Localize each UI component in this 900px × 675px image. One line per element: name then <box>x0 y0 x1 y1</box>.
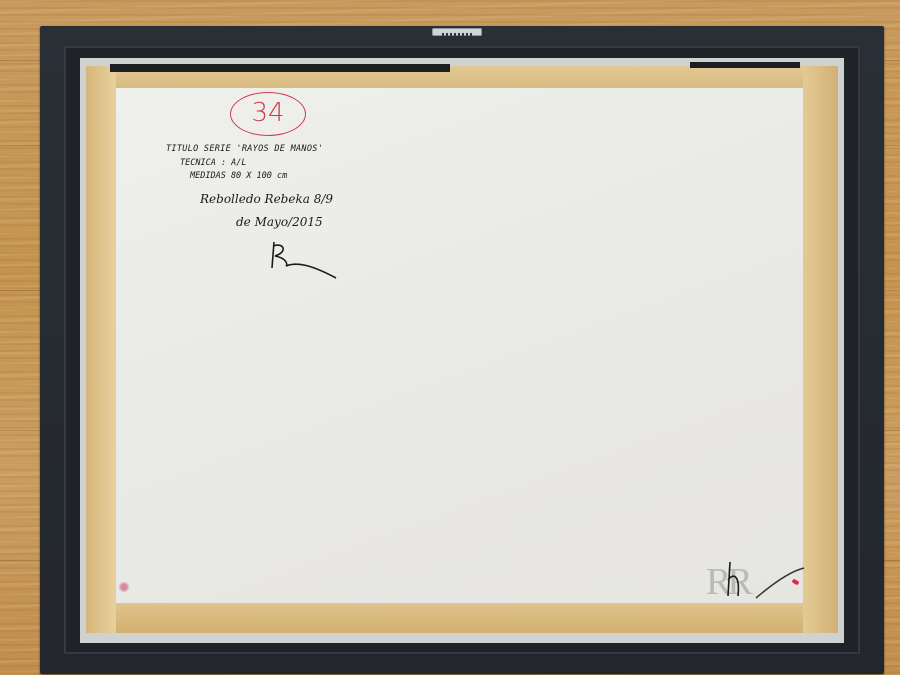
inscription-artist: Rebolledo Rebeka 8/9 <box>200 192 333 206</box>
inscription-date: de Mayo/2015 <box>236 215 323 229</box>
stretcher-right <box>803 66 838 633</box>
signature-icon <box>266 238 346 283</box>
sawtooth-hanger-icon <box>432 28 482 36</box>
inscription-technique: TECNICA : A/L <box>180 158 247 168</box>
inscription-title: TITULO SERIE 'RAYOS DE MANOS' <box>166 144 323 154</box>
paint-smudge <box>116 582 132 592</box>
lot-number: 34 <box>230 92 306 136</box>
stretcher-bottom <box>86 603 838 633</box>
gap-shadow <box>690 62 800 68</box>
stretcher-left <box>86 66 116 633</box>
gap-shadow <box>110 64 450 72</box>
inscription-dimensions: MEDIDAS 80 X 100 cm <box>190 171 287 181</box>
